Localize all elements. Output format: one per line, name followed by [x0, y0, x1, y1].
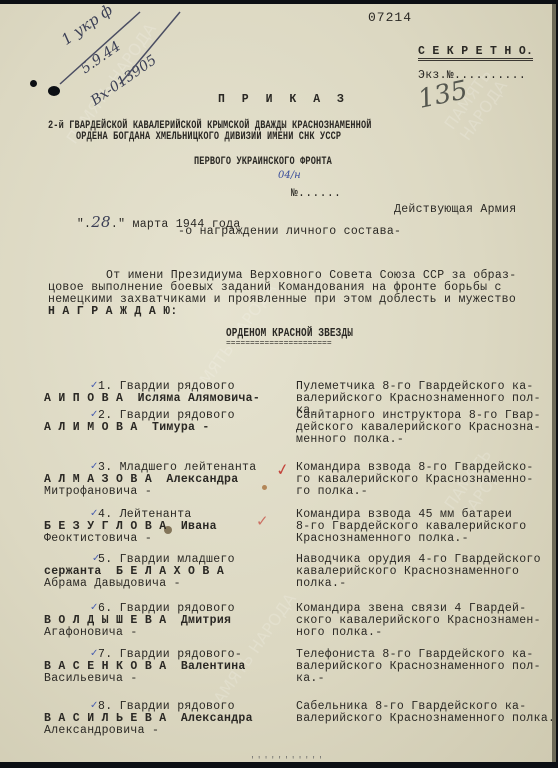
bottom-tick-marks: ''''''''''': [250, 756, 325, 762]
recipient-position-line: ка.-: [296, 673, 325, 685]
order-number-prefix: №: [291, 187, 298, 200]
subject-line: -о награждении личного состава-: [178, 226, 401, 238]
punch-hole: [30, 80, 37, 87]
archive-number: 07214: [368, 12, 412, 24]
recipient-name: А И П О В А Исляма Алямовича-: [44, 393, 260, 405]
recipient-position-line: го полка.-: [296, 486, 368, 498]
recipient-position-line: менного полка.-: [296, 434, 404, 446]
preamble-decree: Н А Г Р А Ж Д А Ю:: [48, 306, 178, 318]
recipient-position-line: ного полка.-: [296, 627, 382, 639]
date-quote-close: .": [111, 218, 125, 231]
recipient-name-cont: Васильевича -: [44, 673, 138, 685]
order-number-handwritten: 04/н: [278, 170, 301, 181]
recipient-position-line: валерийского Краснознаменного пол-: [296, 661, 541, 673]
award-title-underline: ======================: [226, 338, 332, 350]
document-page: ПАМЯТЬ НАРОДА ПАМЯТЬ НАРОДА ПАМЯТЬ НАРОД…: [0, 4, 556, 762]
recipient-position-line: валерийского Краснознаменного полка.: [296, 713, 555, 725]
recipient-name-cont: Агафоновича -: [44, 627, 138, 639]
date-day-handwritten: 28: [91, 213, 111, 231]
recipient-name-cont: Александровича -: [44, 725, 159, 737]
stain: [262, 485, 267, 490]
check-mark-icon: ✓: [256, 512, 269, 530]
recipient-position-line: валерийского Краснознаменного пол-: [296, 393, 541, 405]
check-mark-icon: ✓: [274, 459, 291, 480]
order-number-dots: ......: [298, 187, 341, 200]
doc-type-title: П Р И К А З: [218, 94, 349, 106]
recipient-name-cont: Феоктистовича -: [44, 533, 152, 545]
front-name: ПЕРВОГО УКРАИНСКОГО ФРОНТА: [194, 156, 332, 168]
recipient-name-cont: Митрофановича -: [44, 486, 152, 498]
date-quote-open: ".: [77, 218, 91, 231]
classification-label: С Е К Р Е Т Н О.: [418, 46, 533, 61]
copy-number-label: Экз.№..........: [418, 70, 526, 82]
handwritten-strike-lines: [55, 9, 185, 89]
recipient-name-cont: Абрама Давыдовича -: [44, 578, 181, 590]
location-label: Действующая Армия: [394, 204, 516, 216]
order-number: №......: [262, 176, 341, 212]
recipient-name: А Л И М О В А Тимура -: [44, 422, 210, 434]
unit-name-line2: ОРДЕНА БОГДАНА ХМЕЛЬНИЦКОГО ДИВИЗИИ ИМЕН…: [76, 131, 341, 143]
recipient-position-line: Краснознаменного полка.-: [296, 533, 469, 545]
recipient-position-line: полка.-: [296, 578, 346, 590]
